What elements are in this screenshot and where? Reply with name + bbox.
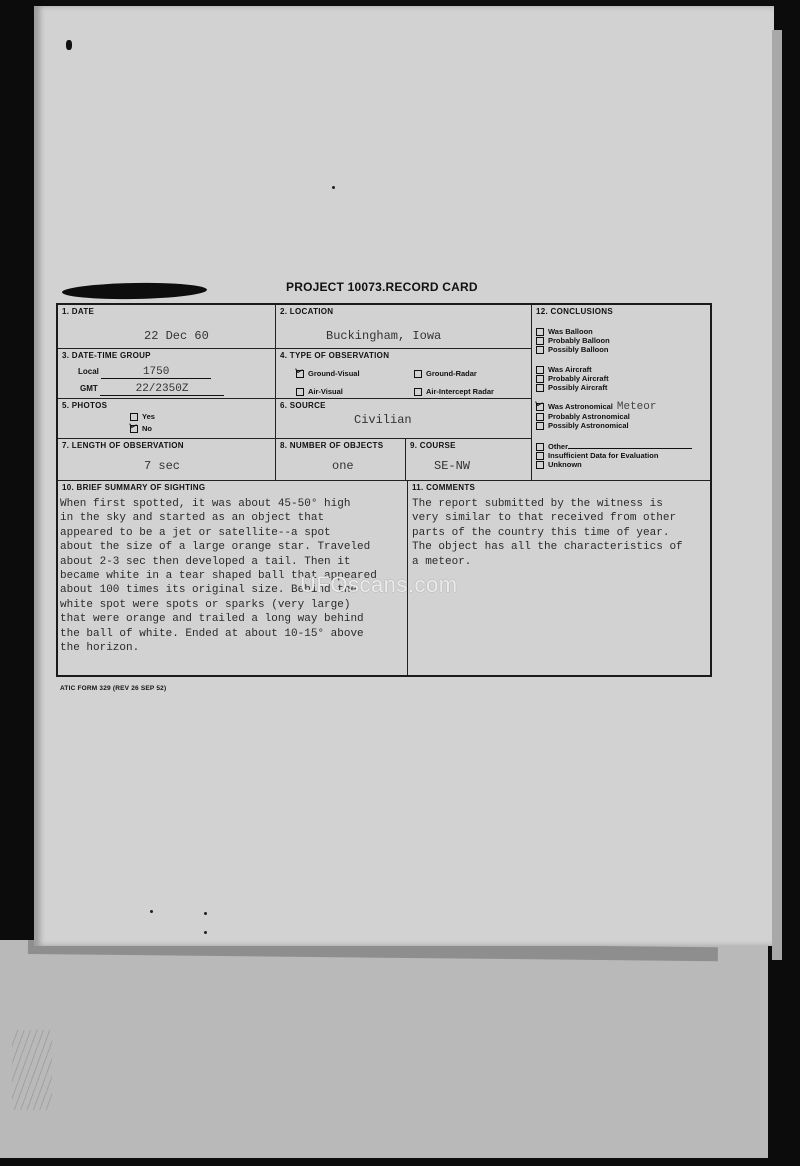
checkbox-icon: [536, 366, 544, 374]
date-label: 1. DATE: [62, 307, 94, 316]
source-value: Civilian: [354, 413, 412, 427]
dust-speck: [332, 186, 335, 189]
number-of-objects-cell: 8. NUMBER OF OBJECTS one: [276, 439, 406, 481]
checkbox-icon: [536, 337, 544, 345]
option-ground-visual: Ground-Visual: [296, 369, 360, 378]
conclusions-astronomical-group: Was AstronomicalMeteor Probably Astronom…: [536, 402, 656, 430]
length-value: 7 sec: [144, 459, 180, 473]
photos-cell: 5. PHOTOS Yes No: [58, 399, 276, 439]
date-value: 22 Dec 60: [144, 329, 209, 343]
summary-label: 10. BRIEF SUMMARY OF SIGHTING: [62, 483, 205, 492]
card-title: PROJECT 10073.RECORD CARD: [286, 280, 478, 294]
checkbox-icon: [536, 413, 544, 421]
backing-sheet: [0, 940, 768, 1158]
checkbox-icon: [536, 461, 544, 469]
checkbox-checked-icon: [130, 425, 138, 433]
checkbox-icon: [536, 422, 544, 430]
comments-text: The report submitted by the witness is v…: [412, 497, 683, 569]
conclusions-other-group: Other Insufficient Data for Evaluation U…: [536, 442, 692, 469]
comments-label: 11. COMMENTS: [412, 483, 475, 492]
form-id: ATIC FORM 329 (REV 26 SEP 52): [60, 685, 166, 692]
checkbox-icon: [536, 443, 544, 451]
checkbox-icon: [296, 388, 304, 396]
local-value: 1750: [101, 366, 211, 379]
gmt-value: 22/2350Z: [100, 383, 224, 396]
record-card: 1. DATE 22 Dec 60 2. LOCATION Buckingham…: [56, 303, 712, 677]
checkbox-icon: [536, 346, 544, 354]
date-cell: 1. DATE 22 Dec 60: [58, 305, 276, 349]
objects-value: one: [332, 459, 354, 473]
checkbox-icon: [536, 375, 544, 383]
length-label: 7. LENGTH OF OBSERVATION: [62, 441, 184, 450]
length-of-observation-cell: 7. LENGTH OF OBSERVATION 7 sec: [58, 439, 276, 481]
location-label: 2. LOCATION: [280, 307, 333, 316]
dust-speck: [204, 912, 207, 915]
conclusions-balloon-group: Was Balloon Probably Balloon Possibly Ba…: [536, 327, 610, 354]
checkbox-icon: [414, 370, 422, 378]
watermark: UFOscans.com: [300, 572, 458, 598]
dust-speck: [150, 910, 153, 913]
source-label: 6. SOURCE: [280, 401, 326, 410]
date-time-group-cell: 3. DATE-TIME GROUP Local 1750 GMT 22/235…: [58, 349, 276, 399]
location-value: Buckingham, Iowa: [326, 329, 441, 343]
conclusions-aircraft-group: Was Aircraft Probably Aircraft Possibly …: [536, 365, 609, 392]
option-photos-no: No: [130, 424, 152, 433]
location-cell: 2. LOCATION Buckingham, Iowa: [276, 305, 532, 349]
dust-speck: [204, 931, 207, 934]
course-cell: 9. COURSE SE-NW: [406, 439, 532, 481]
ink-blot: [66, 40, 72, 50]
course-label: 9. COURSE: [410, 441, 456, 450]
checkbox-icon: [536, 452, 544, 460]
gmt-label: GMT: [80, 384, 98, 393]
checkbox-checked-icon: [536, 403, 544, 411]
course-value: SE-NW: [434, 459, 470, 473]
type-of-observation-cell: 4. TYPE OF OBSERVATION Ground-Visual Gro…: [276, 349, 532, 399]
checkbox-checked-icon: [296, 370, 304, 378]
scratch-marks: [12, 1030, 52, 1110]
option-ground-radar: Ground-Radar: [414, 369, 477, 378]
observation-type-label: 4. TYPE OF OBSERVATION: [280, 351, 389, 360]
page-edge: [772, 30, 782, 960]
source-cell: 6. SOURCE Civilian: [276, 399, 532, 439]
conclusions-label: 12. CONCLUSIONS: [536, 307, 613, 316]
local-label: Local: [78, 367, 99, 376]
checkbox-icon: [536, 384, 544, 392]
dtg-label: 3. DATE-TIME GROUP: [62, 351, 151, 360]
checkbox-icon: [536, 328, 544, 336]
option-air-intercept-radar: Air-Intercept Radar: [414, 387, 494, 396]
conclusions-cell: 12. CONCLUSIONS Was Balloon Probably Bal…: [532, 305, 710, 481]
objects-label: 8. NUMBER OF OBJECTS: [280, 441, 383, 450]
checkbox-icon: [414, 388, 422, 396]
photos-label: 5. PHOTOS: [62, 401, 107, 410]
option-air-visual: Air-Visual: [296, 387, 343, 396]
